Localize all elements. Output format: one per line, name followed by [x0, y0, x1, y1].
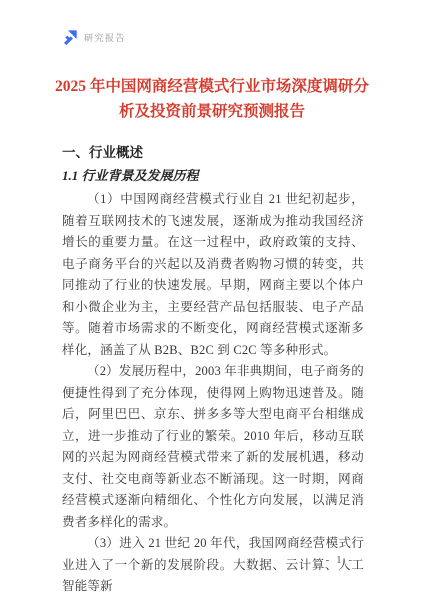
report-logo: 研究报告	[62, 29, 126, 45]
document-page: 研究报告 2025 年中国网商经营模式行业市场深度调研分析及投资前景研究预测报告…	[0, 0, 424, 600]
paragraph-3: （3）进入 21 世纪 20 年代，我国网商经营模式行业进入了一个新的发展阶段。…	[62, 533, 364, 598]
page-number: - 1 -	[326, 554, 354, 566]
paragraph-1: （1）中国网商经营模式行业自 21 世纪初起步，随着互联网技术的飞速发展，逐渐成…	[62, 189, 364, 361]
report-title: 2025 年中国网商经营模式行业市场深度调研分析及投资前景研究预测报告	[50, 74, 374, 124]
subsection-heading: 1.1 行业背景及发展历程	[62, 165, 364, 186]
arrow-up-right-icon	[62, 29, 78, 45]
paragraph-2: （2）发展历程中，2003 年非典期间，电子商务的便捷性得到了充分体现，使得网上…	[62, 361, 364, 533]
report-title-text: 2025 年中国网商经营模式行业市场深度调研分析及投资前景研究预测报告	[51, 74, 373, 124]
section-heading: 一、行业概述	[62, 142, 364, 163]
document-body: 一、行业概述 1.1 行业背景及发展历程 （1）中国网商经营模式行业自 21 世…	[62, 142, 364, 598]
brand-label: 研究报告	[84, 31, 126, 44]
